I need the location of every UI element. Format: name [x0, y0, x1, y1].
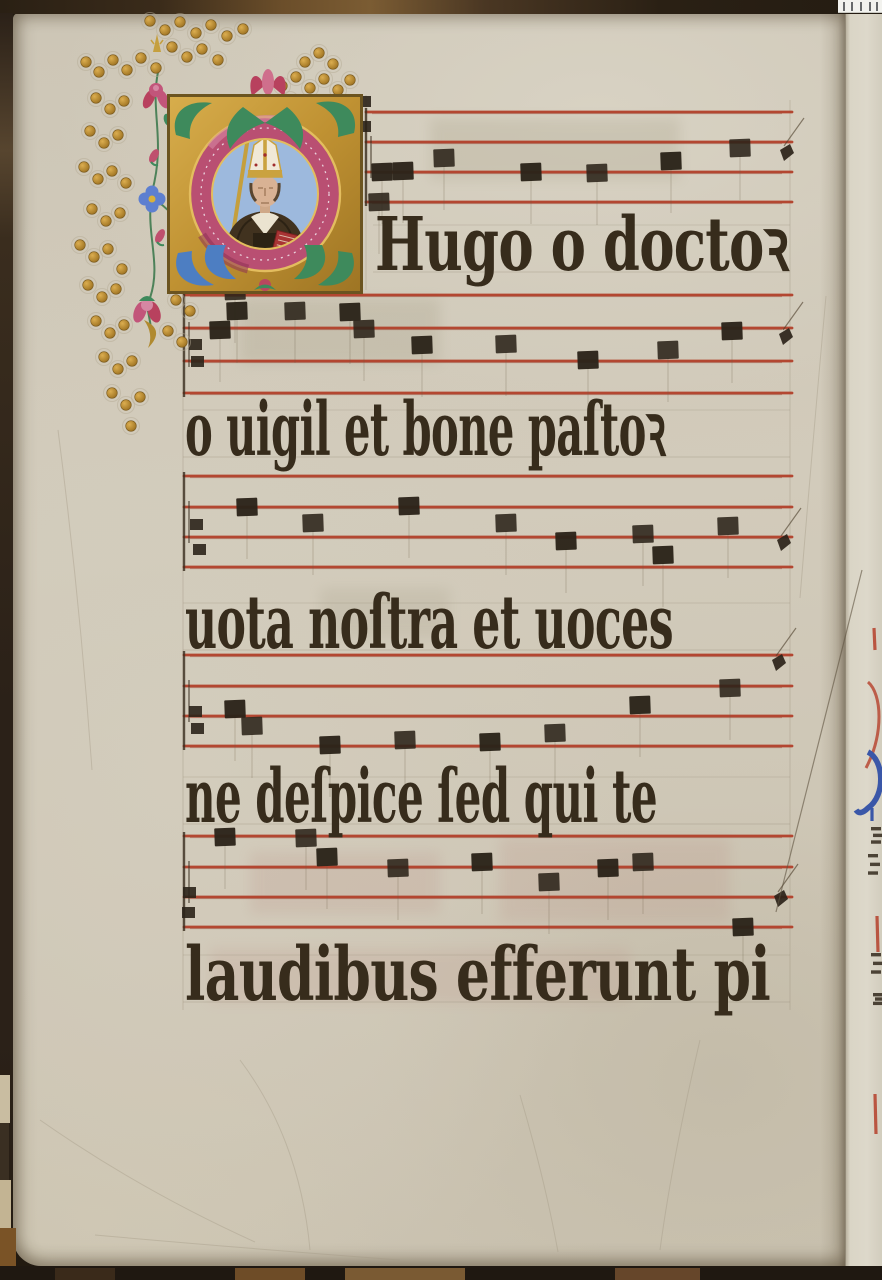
chant-text-line: o uigil et bone paſtoꝛ: [185, 387, 667, 473]
initial-illumination: [167, 94, 363, 294]
chant-text-line: Hugo o doctoꝛ: [375, 202, 790, 288]
chant-text-line: laudibus efferunt pi: [185, 932, 770, 1018]
chant-text-line: uota noſtra et uoces: [185, 580, 673, 666]
next-folio-fragments: [856, 628, 882, 1134]
manuscript-photo: Hugo o doctoꝛ o uigil et bone paſtoꝛ uot…: [0, 0, 882, 1280]
chant-text-line: ne deſpice ſed qui te: [185, 754, 657, 840]
